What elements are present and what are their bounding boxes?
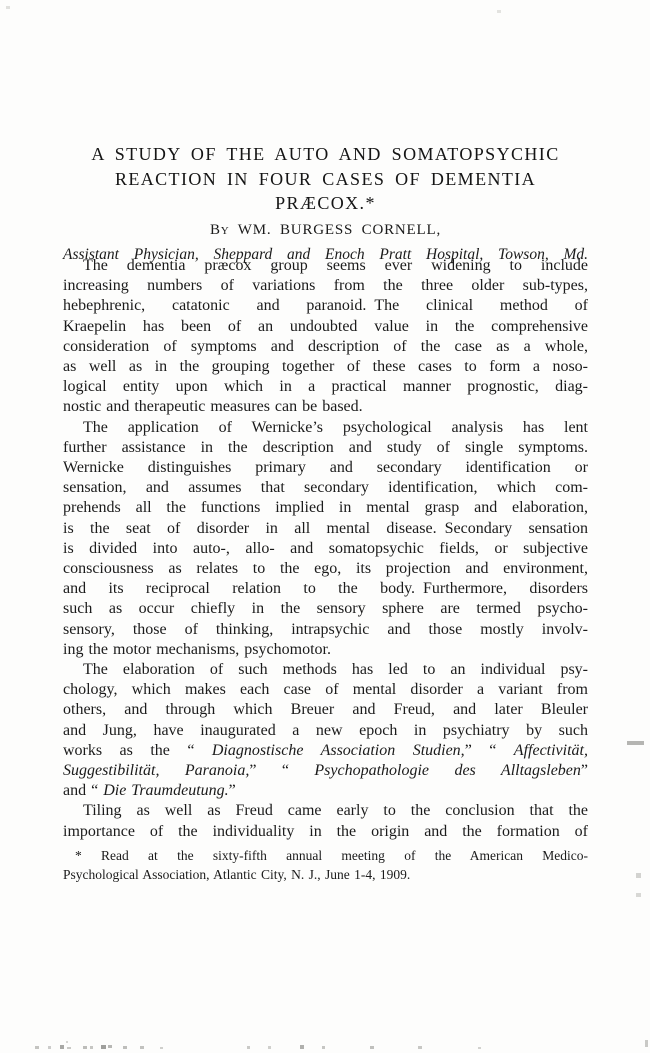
text-line: further assistance in the description an… bbox=[63, 438, 588, 458]
scan-artifact bbox=[48, 1046, 51, 1049]
text-segment: logical entity upon which in a practical… bbox=[63, 378, 588, 395]
scan-artifact bbox=[322, 1046, 325, 1049]
text-line: Suggestibilität, Paranoia,” “ Psychopath… bbox=[63, 761, 588, 781]
text-line: as well as in the grouping together of t… bbox=[63, 357, 588, 377]
text-segment: sensation, and assumes that secondary id… bbox=[63, 479, 588, 496]
scan-artifact bbox=[497, 10, 501, 13]
text-line: Wernicke distinguishes primary and secon… bbox=[63, 458, 588, 478]
text-line: logical entity upon which in a practical… bbox=[63, 377, 588, 397]
scan-artifact bbox=[636, 873, 641, 878]
scan-artifact bbox=[300, 1045, 304, 1049]
text-segment: is the seat of disorder in all mental di… bbox=[63, 520, 588, 537]
text-line: and its reciprocal relation to the body.… bbox=[63, 579, 588, 599]
scan-artifact bbox=[418, 1046, 422, 1049]
scan-artifact bbox=[101, 1045, 106, 1049]
paragraph: The dementia præcox group seems ever wid… bbox=[63, 256, 588, 418]
text-segment: nostic and therapeutic measures can be b… bbox=[63, 398, 363, 415]
text-segment: as well as in the grouping together of t… bbox=[63, 358, 588, 375]
scan-artifact bbox=[247, 1046, 250, 1049]
byline: By WM. BURGESS CORNELL, bbox=[63, 220, 588, 240]
text-line: increasing numbers of variations from th… bbox=[63, 276, 588, 296]
italic-text-segment: Psychopathologie des Alltagsleben bbox=[314, 762, 581, 779]
text-segment: Wernicke distinguishes primary and secon… bbox=[63, 459, 588, 476]
text-segment: and Jung, have inaugurated a new epoch i… bbox=[63, 722, 588, 739]
text-line: prehends all the functions implied in me… bbox=[63, 498, 588, 518]
text-line: and “ Die Traumdeutung.” bbox=[63, 781, 588, 801]
text-line: works as the “ Diagnostische Association… bbox=[63, 741, 588, 761]
text-line: hebephrenic, catatonic and paranoid. The… bbox=[63, 296, 588, 316]
scan-artifact bbox=[370, 1046, 374, 1049]
text-line: sensation, and assumes that secondary id… bbox=[63, 478, 588, 498]
article-title: A STUDY OF THE AUTO AND SOMATOPSYCHIC RE… bbox=[63, 142, 588, 265]
italic-text-segment: Die Traumdeutung. bbox=[103, 782, 228, 799]
scanned-paper-page: A STUDY OF THE AUTO AND SOMATOPSYCHIC RE… bbox=[0, 0, 650, 1053]
scan-artifact bbox=[60, 1045, 64, 1049]
text-segment: prehends all the functions implied in me… bbox=[63, 499, 588, 516]
article-title-line: PRÆCOX.* bbox=[63, 191, 588, 216]
scan-artifact bbox=[636, 893, 641, 897]
scan-artifact bbox=[35, 1046, 39, 1049]
article-title-line: REACTION IN FOUR CASES OF DEMENTIA bbox=[63, 167, 588, 192]
text-segment: The elaboration of such methods has led … bbox=[83, 661, 588, 678]
text-segment: importance of the individuality in the o… bbox=[63, 823, 588, 840]
text-line: and Jung, have inaugurated a new epoch i… bbox=[63, 721, 588, 741]
text-segment: further assistance in the description an… bbox=[63, 439, 588, 456]
text-segment: such as occur chiefly in the sensory sph… bbox=[63, 600, 588, 617]
scan-artifact bbox=[627, 741, 644, 745]
text-segment: works as the “ bbox=[63, 742, 212, 759]
text-segment: ” “ bbox=[465, 742, 514, 759]
text-line: is the seat of disorder in all mental di… bbox=[63, 519, 588, 539]
paragraph: Tiling as well as Freud came early to th… bbox=[63, 801, 588, 841]
text-segment: chology, which makes each case of mental… bbox=[63, 681, 588, 698]
text-segment: Kraepelin has been of an undoubted value… bbox=[63, 318, 588, 335]
text-segment: ” bbox=[581, 762, 588, 779]
paragraph: The elaboration of such methods has led … bbox=[63, 660, 588, 801]
scan-artifact bbox=[478, 1047, 481, 1049]
text-segment: is divided into auto-, allo- and somatop… bbox=[63, 540, 588, 557]
text-segment: Psychological Association, Atlantic City… bbox=[63, 867, 410, 882]
italic-text-segment: Affectivität, bbox=[514, 742, 588, 759]
text-line: The elaboration of such methods has led … bbox=[63, 660, 588, 680]
scan-artifact bbox=[83, 1046, 87, 1049]
scan-artifact bbox=[140, 1046, 144, 1049]
text-line: Psychological Association, Atlantic City… bbox=[63, 865, 588, 884]
text-segment: consciousness as relates to the ego, its… bbox=[63, 560, 588, 577]
text-line: sensory, those of thinking, intrapsychic… bbox=[63, 620, 588, 640]
scan-artifact bbox=[123, 1046, 127, 1049]
scan-artifact bbox=[160, 1047, 163, 1049]
text-line: The application of Wernicke’s psychologi… bbox=[63, 418, 588, 438]
text-line: such as occur chiefly in the sensory sph… bbox=[63, 599, 588, 619]
italic-text-segment: Diagnostische Association Studien, bbox=[212, 742, 465, 759]
italic-text-segment: Suggestibilität, Paranoia, bbox=[63, 762, 249, 779]
text-segment: Tiling as well as Freud came early to th… bbox=[83, 802, 588, 819]
text-segment: ” bbox=[229, 782, 236, 799]
text-segment: ing the motor mechanisms, psychomotor. bbox=[63, 641, 331, 658]
article-title-line: A STUDY OF THE AUTO AND SOMATOPSYCHIC bbox=[63, 142, 588, 167]
footnote: * Read at the sixty-fifth annual meeting… bbox=[63, 846, 588, 884]
text-line: nostic and therapeutic measures can be b… bbox=[63, 397, 588, 417]
text-segment: others, and through which Breuer and Fre… bbox=[63, 701, 588, 718]
text-segment: * Read at the sixty-fifth annual meeting… bbox=[75, 848, 588, 863]
text-line: ing the motor mechanisms, psychomotor. bbox=[63, 640, 588, 660]
scan-artifact bbox=[90, 1046, 93, 1049]
text-segment: The dementia præcox group seems ever wid… bbox=[83, 257, 588, 274]
body-text: The dementia præcox group seems ever wid… bbox=[63, 256, 588, 842]
text-segment: ” “ bbox=[249, 762, 314, 779]
scan-artifact bbox=[108, 1045, 112, 1048]
scan-artifact bbox=[66, 1041, 68, 1043]
text-segment: consideration of symptoms and descriptio… bbox=[63, 338, 588, 355]
text-segment: and its reciprocal relation to the body.… bbox=[63, 580, 588, 597]
text-line: Tiling as well as Freud came early to th… bbox=[63, 801, 588, 821]
text-segment: hebephrenic, catatonic and paranoid. The… bbox=[63, 297, 588, 314]
text-segment: and “ bbox=[63, 782, 103, 799]
text-line: chology, which makes each case of mental… bbox=[63, 680, 588, 700]
text-line: * Read at the sixty-fifth annual meeting… bbox=[63, 846, 588, 865]
scan-artifact bbox=[268, 1046, 271, 1049]
text-segment: sensory, those of thinking, intrapsychic… bbox=[63, 621, 588, 638]
text-segment: increasing numbers of variations from th… bbox=[63, 277, 588, 294]
text-line: consciousness as relates to the ego, its… bbox=[63, 559, 588, 579]
text-line: consideration of symptoms and descriptio… bbox=[63, 337, 588, 357]
text-line: is divided into auto-, allo- and somatop… bbox=[63, 539, 588, 559]
scan-artifact bbox=[645, 1040, 648, 1047]
text-line: The dementia præcox group seems ever wid… bbox=[63, 256, 588, 276]
scan-artifact bbox=[6, 6, 10, 9]
text-line: Kraepelin has been of an undoubted value… bbox=[63, 317, 588, 337]
text-segment: The application of Wernicke’s psychologi… bbox=[83, 419, 588, 436]
paragraph: The application of Wernicke’s psychologi… bbox=[63, 418, 588, 660]
text-line: others, and through which Breuer and Fre… bbox=[63, 700, 588, 720]
scan-artifact bbox=[67, 1047, 71, 1049]
text-line: importance of the individuality in the o… bbox=[63, 822, 588, 842]
